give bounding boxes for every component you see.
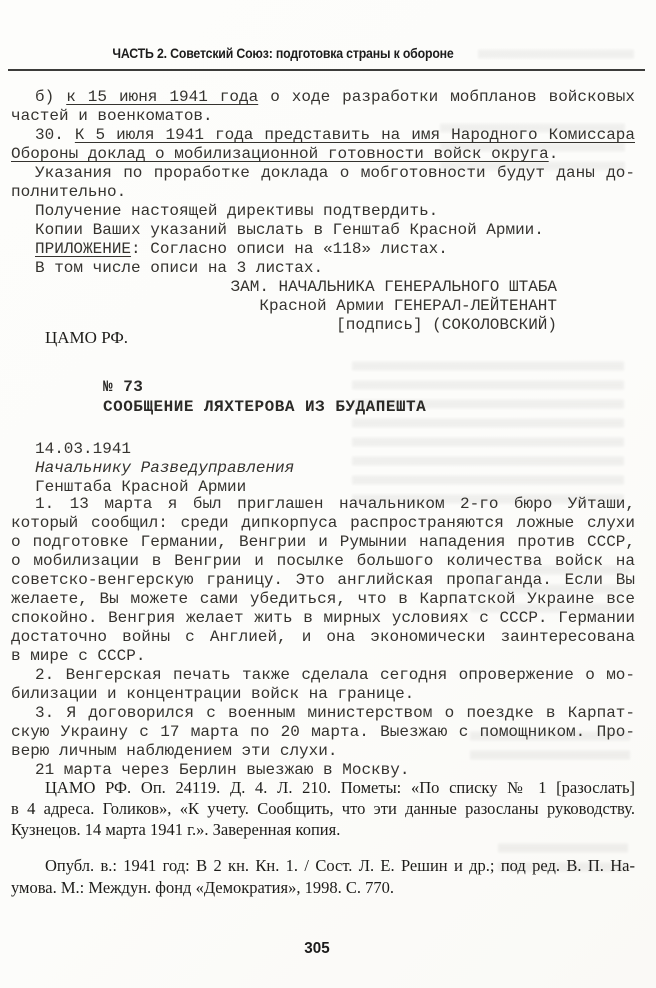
report-line: скую Украину с 17 марта по 20 марта. Вые… [11,723,635,742]
header-rule [8,69,645,71]
publication-note-line: умова. М.: Междун. фонд «Демократия», 19… [11,877,635,899]
report-line: достаточно войны с Англией, и она эконом… [11,628,635,647]
publication-note-line: Опубл. в.: 1941 год: В 2 кн. Кн. 1. / Со… [11,855,635,877]
document-heading: № 73 СООБЩЕНИЕ ЛЯХТЕРОВА ИЗ БУДАПЕШТА [103,377,426,417]
directive-note-line: В том числе описи на 3 листах. [11,259,635,278]
date-addressee-block: 14.03.1941 Начальнику Разведуправления Г… [11,440,635,497]
document-number: № 73 [103,377,426,397]
scanned-book-page: ЧАСТЬ 2. Советский Союз: подготовка стра… [0,0,656,988]
directive-note-line: полнительно. [11,183,635,202]
running-header: ЧАСТЬ 2. Советский Союз: подготовка стра… [34,45,532,61]
directive-note-line: Копии Ваших указаний выслать в Генштаб К… [11,221,635,240]
archive-note: ЦАМО РФ. Оп. 24119. Д. 4. Л. 210. Пометы… [11,777,635,840]
report-line: 1. 13 марта я был приглашен начальником … [11,495,635,514]
addressee-line: Начальнику Разведуправления [11,459,635,478]
directive-item-b-line: частей и военкоматов. [11,107,635,126]
report-line: советско-венгерскую границу. Это английс… [11,571,635,590]
archive-note-line: Кузнецов. 14 марта 1941 г.». Заверенная … [11,819,635,840]
directive-note-line: Получение настоящей директивы подтвердит… [11,202,635,221]
report-line: билизации и концентрации войск на границ… [11,685,635,704]
directive-ending-section: б) к 15 июня 1941 года о ходе разработки… [11,88,635,335]
archive-note-line: в 4 адреса. Голиков», «К учету. Сообщить… [11,798,635,819]
report-body: 1. 13 марта я был приглашен начальником … [11,495,635,780]
directive-item-30-line: 30. К 5 июля 1941 года представить на им… [11,126,635,145]
archive-reference: ЦАМО РФ. [11,328,656,348]
signature-line: ЗАМ. НАЧАЛЬНИКА ГЕНЕРАЛЬНОГО ШТАБА [11,278,635,297]
report-line: который сообщил: среди дипкорпуса распро… [11,514,635,533]
publication-note: Опубл. в.: 1941 год: В 2 кн. Кн. 1. / Со… [11,855,635,899]
directive-item-b-line: б) к 15 июня 1941 года о ходе разработки… [11,88,635,107]
report-line: спокойно. Венгрия желает жить в мирных у… [11,609,635,628]
signature-line: Красной Армии ГЕНЕРАЛ-ЛЕЙТЕНАНТ [11,297,635,316]
directive-attachment-line: ПРИЛОЖЕНИЕ: Согласно описи на «118» лист… [11,240,635,259]
page-number: 305 [16,940,618,958]
report-line: 2. Венгерская печать также сделала сегод… [11,666,635,685]
document-title: СООБЩЕНИЕ ЛЯХТЕРОВА ИЗ БУДАПЕШТА [103,397,426,417]
directive-note-line: Указания по проработке доклада о мобгото… [11,164,635,183]
report-line: о подготовке Германии, Венгрии и Румынии… [11,533,635,552]
report-line: желаете, Вы можете сами убедиться, что в… [11,590,635,609]
document-date: 14.03.1941 [11,440,635,459]
report-line: о мобилизации в Венгрии и посылке большо… [11,552,635,571]
report-line: в мире с СССР. [11,647,635,666]
report-line: верю личным наблюдением эти слухи. [11,742,635,761]
report-line: 3. Я договорился с военным министерством… [11,704,635,723]
directive-item-30-line: Обороны доклад о мобилизационной готовно… [11,145,635,164]
archive-note-line: ЦАМО РФ. Оп. 24119. Д. 4. Л. 210. Пометы… [11,777,635,798]
